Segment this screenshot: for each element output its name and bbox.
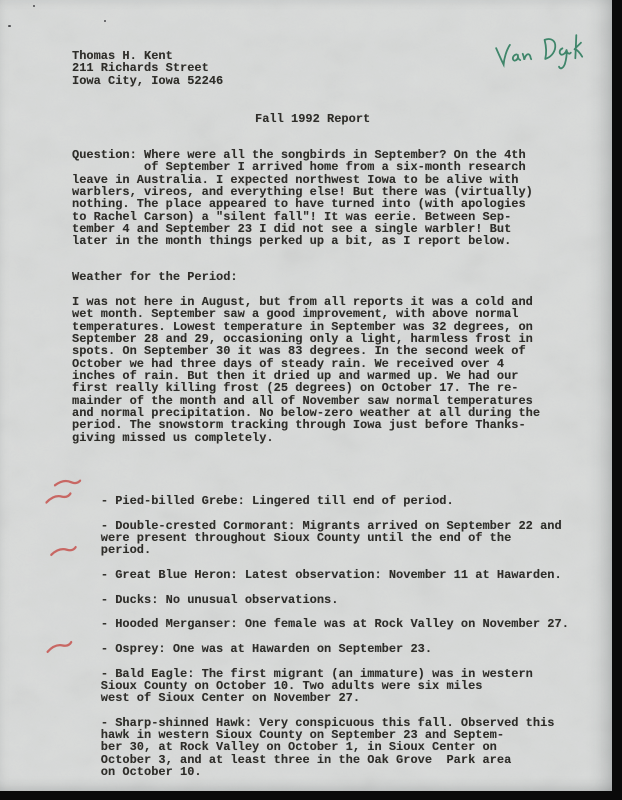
red-checkmark-icon: [50, 545, 78, 558]
weather-section-heading: Weather for the Period:: [72, 271, 238, 283]
paper-speck: [104, 20, 106, 22]
paper-speck: [33, 5, 35, 7]
bird-entry-text: - Sharp-shinned Hawk: Very conspicuous t…: [72, 716, 555, 779]
sender-address: Thomas H. Kent 211 Richards Street Iowa …: [72, 50, 223, 87]
red-checkmark-icon: [45, 640, 73, 655]
red-checkmark-icon: [44, 491, 72, 505]
bird-entry-sharp-shinned-hawk: - Sharp-shinned Hawk: Very conspicuous t…: [72, 692, 555, 791]
scanner-edge-bottom: [0, 791, 622, 800]
question-paragraph: Question: Where were all the songbirds i…: [72, 149, 533, 248]
paper-speck: [8, 25, 11, 27]
weather-paragraph: I was not here in August, but from all r…: [72, 296, 540, 444]
handwritten-annotation-van-dyk: [488, 30, 599, 81]
scanner-edge-right: [612, 0, 622, 800]
scanned-page: Thomas H. Kent 211 Richards Street Iowa …: [0, 0, 612, 791]
red-checkmark-icon: [54, 477, 82, 489]
report-title: Fall 1992 Report: [255, 113, 370, 125]
